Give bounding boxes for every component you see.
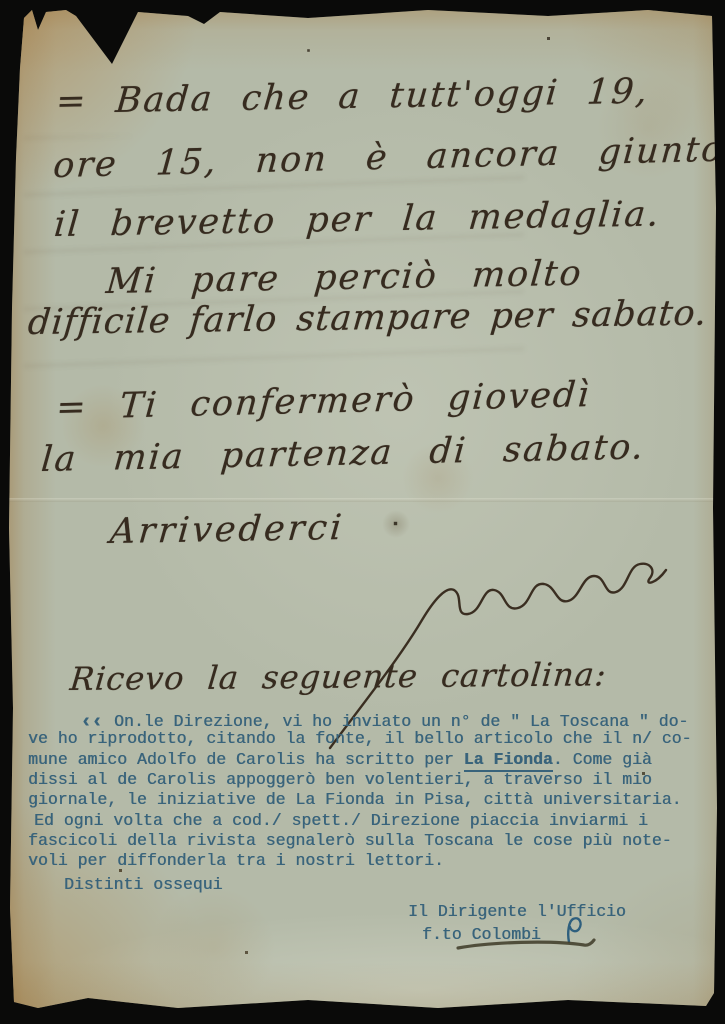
typed-line-2: ve ho riprodotto, citando la fonte, il b… — [28, 730, 691, 749]
handwritten-intro-line: Ricevo la seguente cartolina: — [68, 655, 608, 698]
typed-closing: Distinti ossequi — [64, 876, 222, 895]
typed-line-6: Ed ogni volta che a cod./ spett./ Direzi… — [34, 812, 648, 831]
handwritten-line-1: = Bada che a tutt'oggi 19, — [54, 72, 650, 122]
typed-line-3-post: . Come già — [553, 750, 652, 769]
typed-line-3-pre: mune amico Adolfo de Carolis ha scritto … — [28, 750, 464, 769]
handwritten-line-6: = Ti confermerò giovedì — [55, 375, 592, 428]
typed-line-3: mune amico Adolfo de Carolis ha scritto … — [28, 751, 652, 770]
typed-line-8: voli per diffonderla tra i nostri lettor… — [28, 852, 444, 871]
typed-line-5: giornale, le iniziative de La Fionda in … — [28, 791, 682, 810]
handwritten-line-4: Mi pare perciò molto — [104, 254, 584, 302]
handwritten-line-3: il brevetto per la medaglia. — [52, 194, 662, 245]
typed-line-7: fascicoli della rivista segnalerò sulla … — [28, 832, 672, 851]
letter-paper: = Bada che a tutt'oggi 19, ore 15, non è… — [8, 8, 719, 1010]
fold-crease — [8, 498, 719, 502]
ink-underline-flourish — [456, 938, 598, 952]
underlined-la-fionda: La Fionda — [464, 750, 553, 772]
handwritten-line-5: difficile farlo stampare per sabato. — [26, 294, 709, 344]
typed-line-4: dissi al de Carolis appoggerò ben volent… — [28, 771, 652, 790]
handwritten-farewell: Arrivederci — [108, 508, 346, 552]
handwritten-line-2: ore 15, non è ancora giunto — [52, 130, 725, 186]
signer-title: Il Dirigente l'Ufficio — [408, 903, 626, 922]
paper-specks — [8, 8, 9, 9]
scan-background: = Bada che a tutt'oggi 19, ore 15, non è… — [0, 0, 725, 1024]
handwritten-line-7: la mia partenza di sabato. — [40, 427, 647, 480]
